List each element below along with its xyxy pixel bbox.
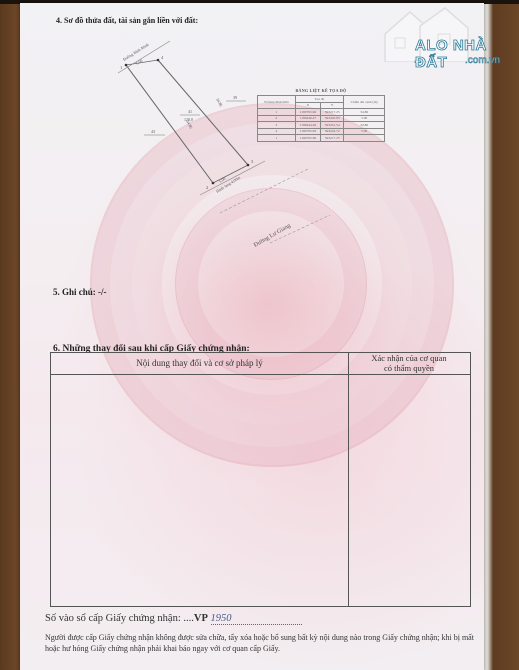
certificate-page: 4. Sơ đồ thửa đất, tài sản gắn liền với … <box>20 3 484 670</box>
coordinate-table: BẢNG LIỆT KÊ TỌA ĐỘ Số hiệu đỉnh thửa Tọ… <box>257 88 385 142</box>
svg-text:Đường Bình Minh: Đường Bình Minh <box>122 42 150 62</box>
changes-col2-header: Xác nhận của cơ quan có thẩm quyền <box>348 354 470 373</box>
svg-text:4: 4 <box>161 55 164 60</box>
svg-text:2: 2 <box>206 185 208 190</box>
svg-text:3: 3 <box>251 159 254 164</box>
svg-text:1: 1 <box>120 65 122 70</box>
section-5-title: 5. Ghi chú: -/- <box>53 287 107 297</box>
svg-text:34.86: 34.86 <box>215 97 224 107</box>
svg-text:5.00: 5.00 <box>135 58 144 66</box>
svg-text:Hành lang 4,00m: Hành lang 4,00m <box>215 174 242 194</box>
certificate-notice: Người được cấp Giấy chứng nhận không đượ… <box>45 633 485 654</box>
registration-number: Số vào sổ cấp Giấy chứng nhận: ....VP 19… <box>45 613 302 624</box>
changes-col1-header: Nội dung thay đổi và cơ sở pháp lý <box>51 358 348 368</box>
changes-table: Nội dung thay đổi và cơ sở pháp lý Xác n… <box>50 352 471 607</box>
table-row: 11180795.96593217.25 <box>258 135 385 142</box>
svg-text:41: 41 <box>188 109 192 114</box>
svg-text:39: 39 <box>233 95 237 100</box>
svg-text:43: 43 <box>151 129 155 134</box>
site-watermark: ALO NHÀ ĐẤT .com.vn <box>368 6 518 68</box>
watermark-domain: .com.vn <box>465 55 500 66</box>
